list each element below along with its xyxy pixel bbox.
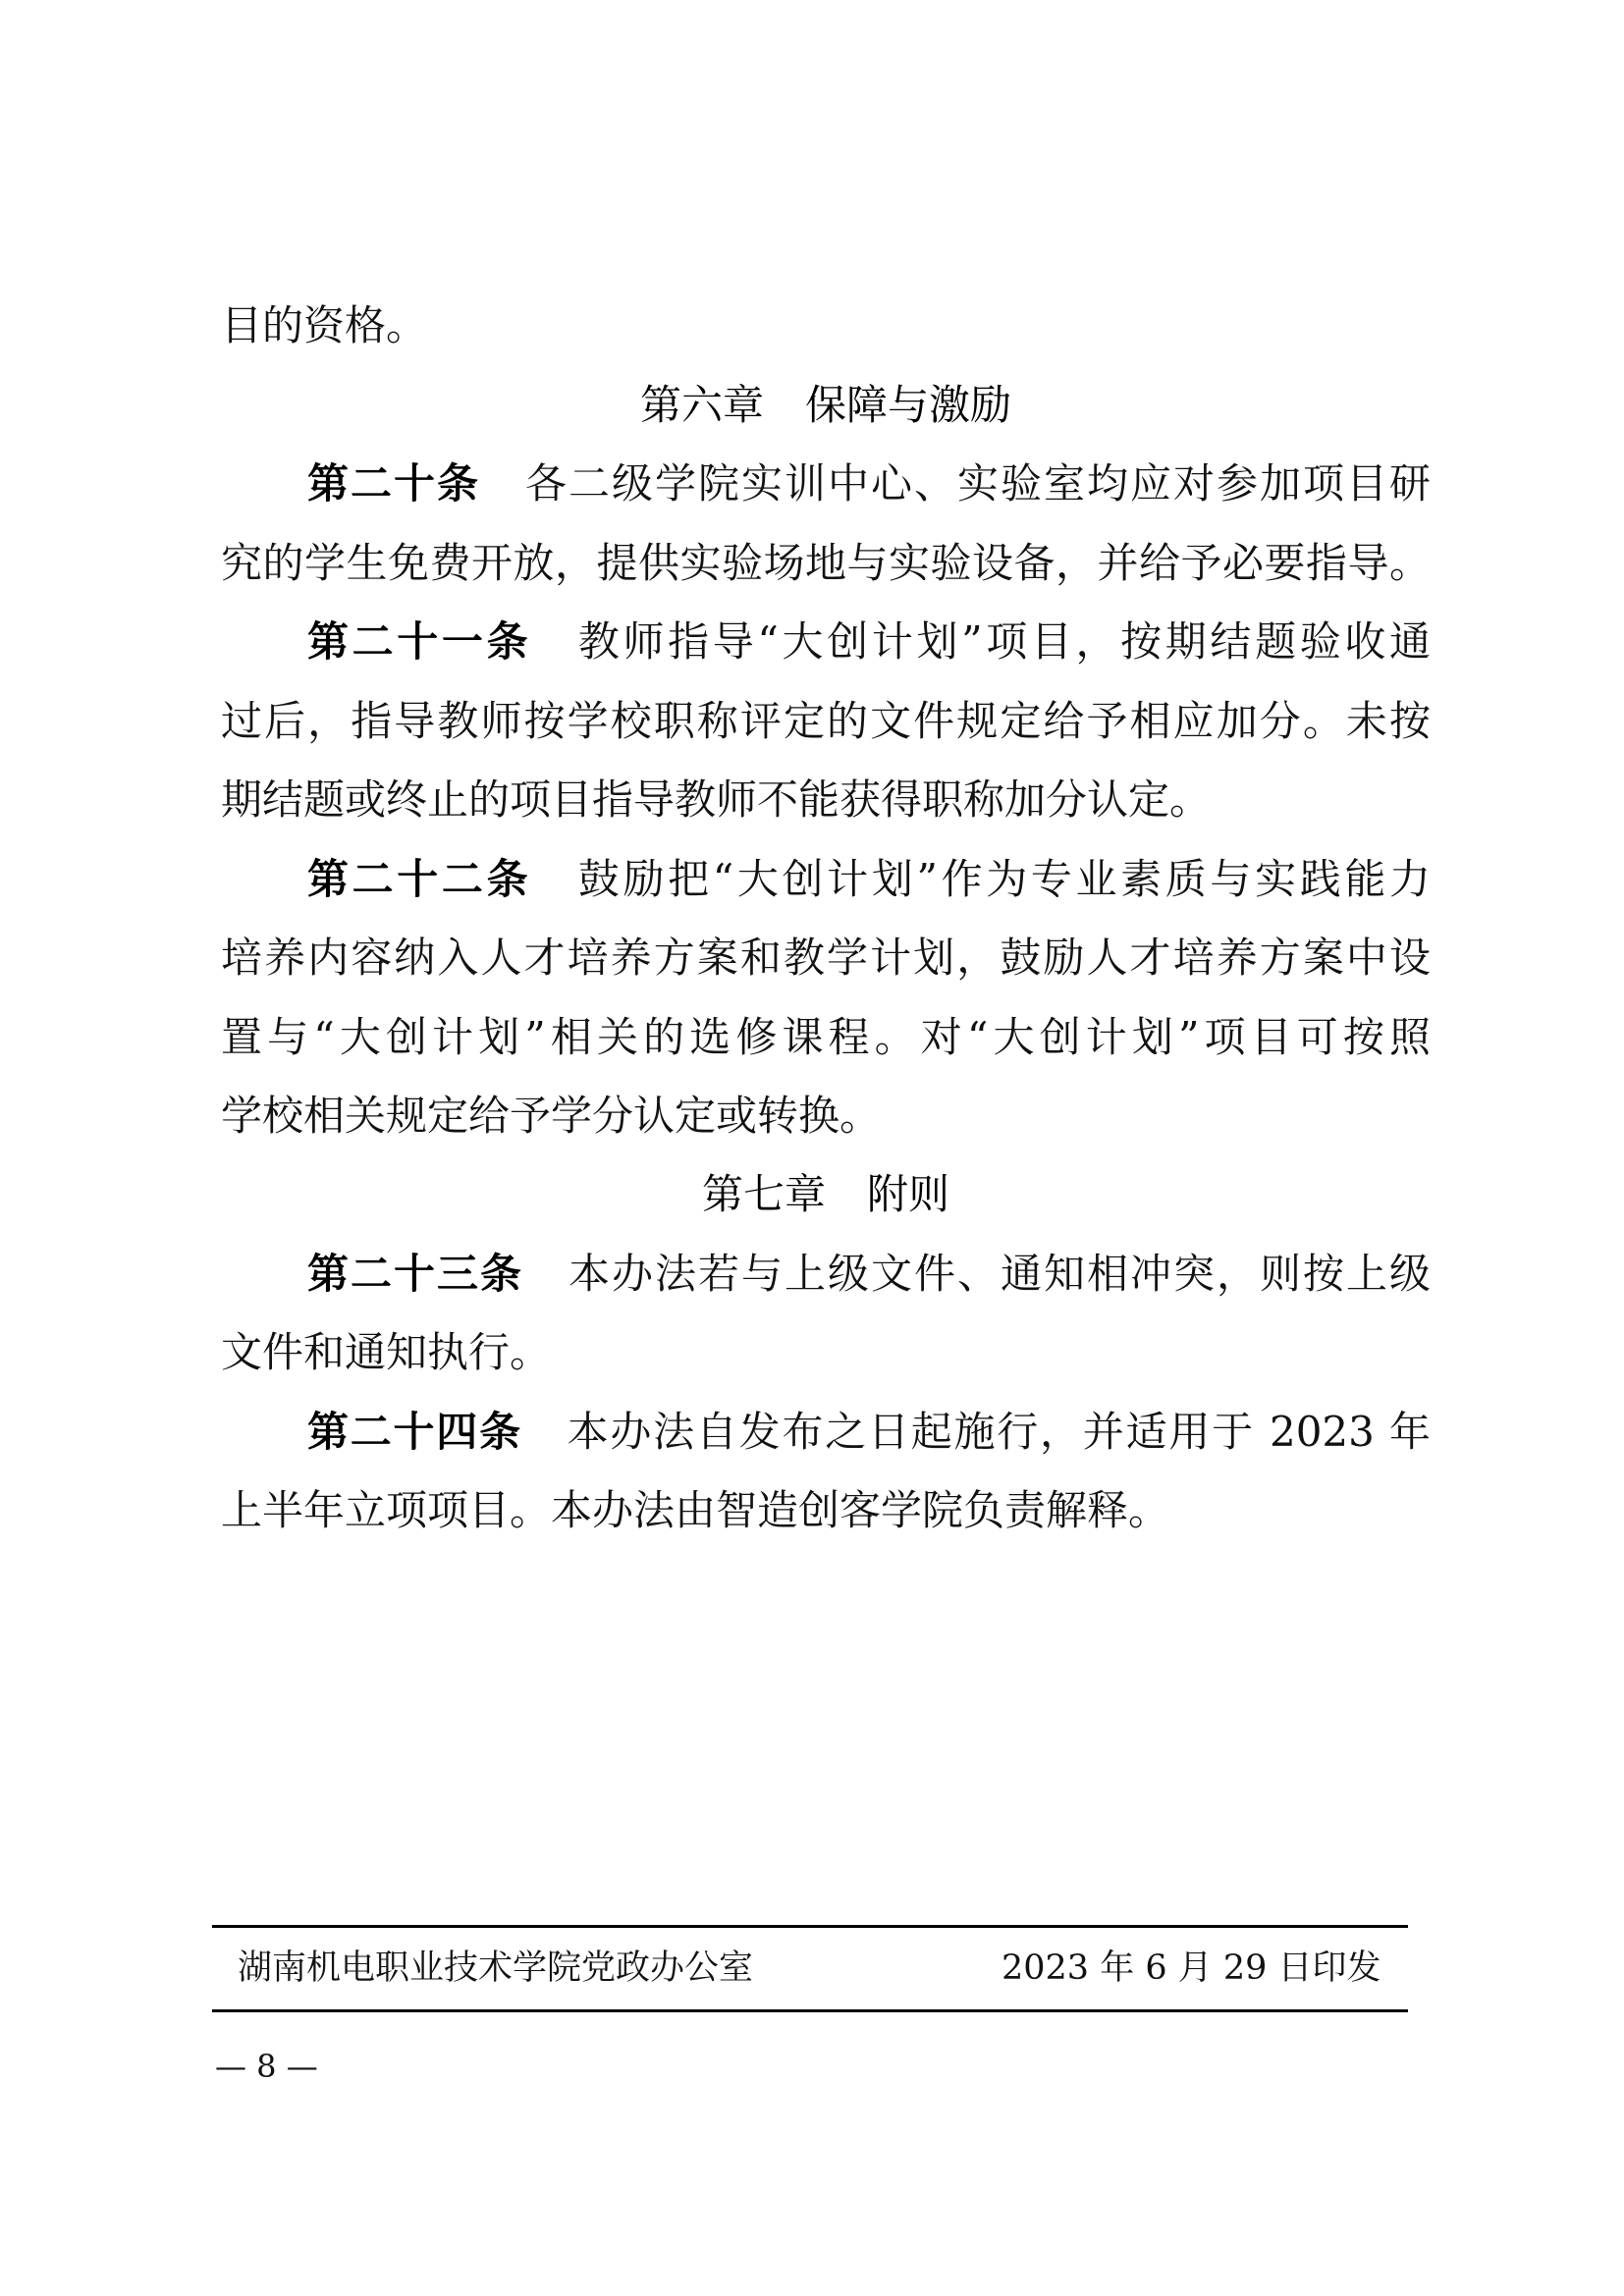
article-24-line-2: 上半年立项项目。本办法由智造创客学院负责解释。 — [221, 1486, 1431, 1535]
article-22-line-1: 第二十二条鼓励把“大创计划”作为专业素质与实践能力 — [221, 855, 1431, 904]
article-24-label: 第二十四条 — [307, 1408, 522, 1456]
page-number: — 8 — — [215, 2047, 318, 2086]
article-22-line-3: 置与“大创计划”相关的选修课程。对“大创计划”项目可按照 — [221, 1013, 1431, 1062]
article-21-label: 第二十一条 — [307, 617, 531, 666]
footer-issuer: 湖南机电职业技术学院党政办公室 — [238, 1947, 753, 1990]
article-20-line-2: 究的学生免费开放，提供实验场地与实验设备，并给予必要指导。 — [221, 539, 1431, 588]
document-page: 目的资格。 第六章 保障与激励 第二十条各二级学院实训中心、实验室均应对参加项目… — [0, 0, 1624, 2296]
article-23-text: 本办法若与上级文件、通知相冲突，则按上级 — [567, 1250, 1431, 1298]
article-22-text: 鼓励把“大创计划”作为专业素质与实践能力 — [574, 855, 1431, 903]
continuation-line: 目的资格。 — [221, 301, 1431, 350]
article-23-line-2: 文件和通知执行。 — [221, 1328, 1431, 1377]
article-23-line-1: 第二十三条本办法若与上级文件、通知相冲突，则按上级 — [221, 1250, 1431, 1299]
chapter-6-heading: 第六章 保障与激励 — [221, 381, 1431, 430]
article-21-line-3: 期结题或终止的项目指导教师不能获得职称加分认定。 — [221, 775, 1431, 825]
article-22-line-2: 培养内容纳入人才培养方案和教学计划，鼓励人才培养方案中设 — [221, 934, 1431, 983]
article-21-line-2: 过后，指导教师按学校职称评定的文件规定给予相应加分。未按 — [221, 697, 1431, 746]
footer-issue-date: 2023 年 6 月 29 日印发 — [1001, 1947, 1381, 1990]
article-21-text: 教师指导“大创计划”项目，按期结题验收通 — [574, 617, 1431, 666]
article-23-label: 第二十三条 — [307, 1250, 523, 1298]
article-20-label: 第二十条 — [307, 459, 480, 507]
article-20-text: 各二级学院实训中心、实验室均应对参加项目研 — [523, 459, 1431, 507]
article-22-line-4: 学校相关规定给予学分认定或转换。 — [221, 1092, 1431, 1141]
article-21-line-1: 第二十一条教师指导“大创计划”项目，按期结题验收通 — [221, 617, 1431, 667]
footer-top-rule — [212, 1925, 1408, 1928]
article-20-line-1: 第二十条各二级学院实训中心、实验室均应对参加项目研 — [221, 459, 1431, 508]
footer-bottom-rule — [212, 2009, 1408, 2012]
chapter-7-heading: 第七章 附则 — [221, 1170, 1431, 1219]
article-22-label: 第二十二条 — [307, 855, 531, 903]
article-24-line-1: 第二十四条本办法自发布之日起施行，并适用于 2023 年 — [221, 1408, 1431, 1457]
article-24-text: 本办法自发布之日起施行，并适用于 2023 年 — [566, 1408, 1431, 1456]
